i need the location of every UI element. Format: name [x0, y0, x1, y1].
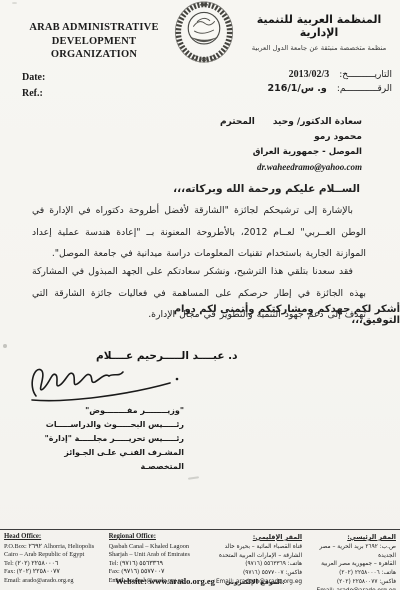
head-office-en-line: P.O.Box: ٢٦٩٢ Alhorria, Heliopolis [4, 543, 104, 552]
scan-speck [246, 252, 249, 254]
signatory-title-4: المشـرف الفنـي علـى الجـوائز المتخصصـة [26, 446, 184, 474]
ref-value: و. س/216/1 [267, 83, 326, 94]
addressee-name-row: سعادة الدكتور/ وحيد محمود رمو المحترم [220, 115, 362, 145]
handwritten-signature [22, 356, 187, 406]
addressee-honorific: المحترم [220, 115, 255, 145]
signatory-title-3: رئـــــيس تحريـــــر مجلـــــة "إدارة" [26, 432, 184, 446]
ref-label-ar: الرقــــــــــــم: [337, 84, 392, 94]
scan-speck [188, 476, 199, 480]
scan-speck [12, 2, 17, 4]
regional-office-ar-line: قناة القصباء المائية – بحيرة خالد [213, 543, 302, 552]
regional-office-title-ar: المقر الإقليمي: [213, 533, 302, 542]
org-subtitle-arabic: منظمة متخصصة منبثقة عن جامعة الدول العرب… [242, 44, 396, 52]
org-name-arabic: المنظمة العربية للتنمية الإدارية منظمة م… [242, 13, 396, 52]
head-office-ar-line: ص.ب: ٢٦٩٢ بريد الحرية – مصر الجديدة [307, 543, 396, 561]
signatory-title-2: رئـــــيس البحـــــوث والدراســـــات [26, 418, 184, 432]
regional-office-ar-line: الشارقة – الإمارات العربية المتحدة [213, 552, 302, 561]
org-name-english: ARAB ADMINISTRATIVE DEVELOPMENT ORGANIZA… [14, 21, 174, 62]
website-label-arabic: الموقع الإلكتروني: [225, 578, 285, 586]
regional-office-en-line: Sharjah – Unit Arab of Emirates [109, 551, 209, 560]
website-url-text: Website: www.arado.org.eg [115, 576, 215, 586]
signatory-title-1: "وزيــــــــر مفــــــــوض" [26, 404, 184, 418]
date-row: التاريــــــــــخ: 2013/02/3 [267, 69, 392, 80]
org-name-english-line2: DEVELOPMENT ORGANIZATION [14, 35, 174, 62]
date-value: 2013/02/3 [289, 69, 330, 80]
head-office-title-en: Head Office: [4, 533, 104, 542]
date-label-ar: التاريــــــــــخ: [339, 70, 392, 80]
addressee-block: سعادة الدكتور/ وحيد محمود رمو المحترم ال… [220, 115, 362, 175]
org-name-arabic-title: المنظمة العربية للتنمية الإدارية [242, 13, 396, 39]
addressee-city: الموصل - جمهورية العراق [220, 145, 362, 160]
addressee-name: سعادة الدكتور/ وحيد محمود رمو [255, 115, 362, 145]
body-paragraph-1: بالإشارة إلى ترشيحكم لجائزة "الشارقة لأف… [32, 200, 366, 265]
salutation-line: الســلام عليكم ورحمة الله وبركاته،،، [173, 183, 360, 195]
footer-divider [0, 529, 400, 530]
head-office-en-line: Cairo – Arab Republic of Egypt [4, 551, 104, 560]
meta-values-arabic: التاريــــــــــخ: 2013/02/3 الرقـــــــ… [267, 69, 392, 97]
org-name-english-line1: ARAB ADMINISTRATIVE [14, 21, 174, 35]
addressee-email: dr.waheedramo@yahoo.com [220, 160, 362, 175]
closing-line: أشكر لكم جهدكم ومشاركتكم وأتمنى لكم دوام… [142, 304, 400, 326]
ref-row: الرقــــــــــــم: و. س/216/1 [267, 83, 392, 94]
regional-office-en-line: Qasbah Canal – Khaled Lagoon [109, 543, 209, 552]
website-bar: Website: www.arado.org.eg الموقع الإلكتر… [0, 569, 400, 588]
head-office-en-line: Tel: (٢٠٢) ٢٢٥٨٠٠٠٦ [4, 560, 104, 569]
arab-league-emblem-logo [161, 1, 247, 65]
signature-scribble-icon [22, 356, 187, 406]
regional-office-ar-line: هاتف: ٥٥٦٣٣٦٩ (٩٧١٦) [213, 560, 302, 569]
ref-label-en: Ref.: [22, 88, 45, 99]
head-office-title-ar: المقر الرئيسي: [307, 533, 396, 542]
emblem-wreath-icon [161, 1, 247, 65]
meta-labels-english: Date: Ref.: [22, 72, 45, 104]
regional-office-title-en: Regional Office: [109, 533, 209, 542]
head-office-ar-line: القاهرة – جمهورية مصر العربية [307, 560, 396, 569]
scan-speck [3, 344, 7, 348]
scanned-letter-page: ARAB ADMINISTRATIVE DEVELOPMENT ORGANIZA… [0, 0, 400, 590]
signatory-titles: "وزيــــــــر مفــــــــوض" رئـــــيس ال… [26, 404, 184, 474]
date-label-en: Date: [22, 72, 45, 83]
regional-office-en-line: Tel: (٩٧١٦) ٥٥٦٣٣٦٩ [109, 560, 209, 569]
